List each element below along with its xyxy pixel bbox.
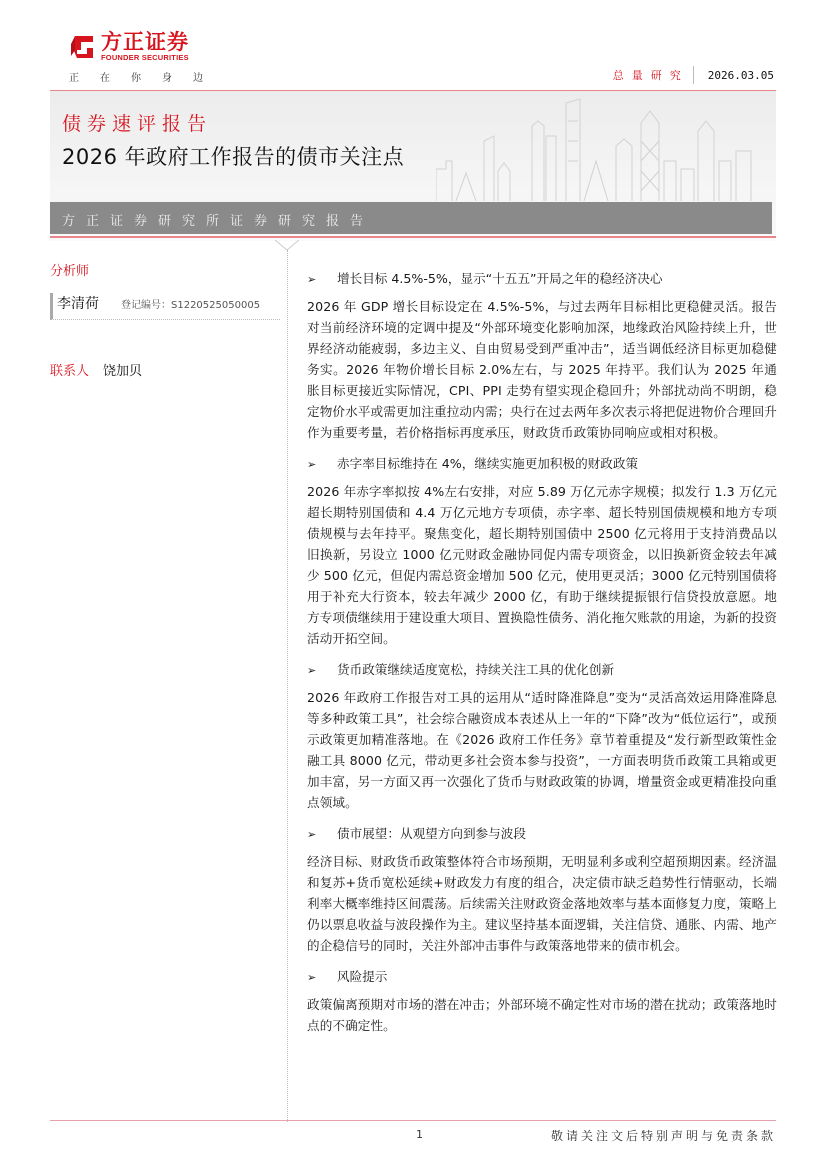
sidebar: 分析师 李清荷 登记编号：S1220525050005 联系人 饶加贝 [50,260,280,379]
founder-securities-logo: 方正证券 FOUNDER SECURITIES [69,31,189,62]
slogan-char: 在 [100,69,110,84]
registration-number: 登记编号：S1220525050005 [121,296,260,311]
section-heading: ➢ 赤字率目标维持在 4%，继续实施更加积极的财政政策 [307,453,777,475]
banner-red-line [50,236,776,238]
section-heading: ➢ 增长目标 4.5%-5%，显示“十五五”开局之年的稳经济决心 [307,268,777,290]
slogan-char: 边 [193,69,203,84]
section-heading: ➢ 债市展望：从观望方向到参与波段 [307,823,777,845]
section-paragraph: 2026 年政府工作报告对工具的运用从“适时降准降息”变为“灵活高效运用降准降息… [307,687,777,813]
section-heading-text: 增长目标 4.5%-5%，显示“十五五”开局之年的稳经济决心 [337,268,662,289]
header-meta: 总量研究 2026.03.05 [613,66,774,84]
page-number: 1 [416,1128,423,1141]
logo-chinese-name: 方正证券 [101,31,189,53]
section-paragraph: 2026 年 GDP 增长目标设定在 4.5%-5%，与过去两年目标相比更稳健灵… [307,296,777,443]
logo-mark-icon [69,34,95,60]
institute-bar-text: 方正证券研究所证券研究报告 [62,210,374,229]
report-body: ➢ 增长目标 4.5%-5%，显示“十五五”开局之年的稳经济决心 2026 年 … [307,268,777,1046]
arrow-bullet-icon: ➢ [307,967,337,988]
arrow-bullet-icon: ➢ [307,454,337,475]
report-date: 2026.03.05 [708,69,774,82]
slogan-char: 你 [131,69,141,84]
section-paragraph: 经济目标、财政货币政策整体符合市场预期，无明显利多或利空超预期因素。经济温和复苏… [307,851,777,956]
disclaimer-note: 敬请关注文后特别声明与免责条款 [551,1127,776,1144]
slogan-char: 正 [69,69,79,84]
research-type: 总量研究 [613,67,689,83]
title-banner: 债券速评报告 2026 年政府工作报告的债市关注点 方正证券研究所证券研究报告 [50,90,776,241]
page-title: 2026 年政府工作报告的债市关注点 [62,141,404,171]
logo-english-name: FOUNDER SECURITIES [101,53,189,62]
analyst-name: 李清荷 [57,293,99,313]
arrow-bullet-icon: ➢ [307,660,337,681]
arrow-bullet-icon: ➢ [307,824,337,845]
contact-label: 联系人 [50,360,89,379]
institute-bar: 方正证券研究所证券研究报告 [50,202,772,234]
section-heading-text: 货币政策继续适度宽松，持续关注工具的优化创新 [337,659,614,680]
section-heading-text: 风险提示 [337,966,387,987]
contact-name: 饶加贝 [103,360,142,379]
header-divider [693,66,694,84]
section-heading: ➢ 货币政策继续适度宽松，持续关注工具的优化创新 [307,659,777,681]
arrow-bullet-icon: ➢ [307,269,337,290]
analyst-label: 分析师 [50,260,280,279]
section-heading-text: 赤字率目标维持在 4%，继续实施更加积极的财政政策 [337,453,638,474]
section-paragraph: 政策偏离预期对市场的潜在冲击；外部环境不确定性对市场的潜在扰动；政策落地时点的不… [307,994,777,1036]
analyst-row: 李清荷 登记编号：S1220525050005 [50,293,280,320]
report-type: 债券速评报告 [62,109,212,136]
section-heading-text: 债市展望：从观望方向到参与波段 [337,823,526,844]
section-heading: ➢ 风险提示 [307,966,777,988]
city-skyline-icon [436,91,766,201]
contact-row: 联系人 饶加贝 [50,360,280,379]
footer-divider [50,1120,776,1121]
slogan: 正 在 你 身 边 [69,69,203,84]
slogan-char: 身 [162,69,172,84]
column-divider [287,250,289,1122]
section-paragraph: 2026 年赤字率拟按 4%左右安排，对应 5.89 万亿元赤字规模；拟发行 1… [307,481,777,649]
